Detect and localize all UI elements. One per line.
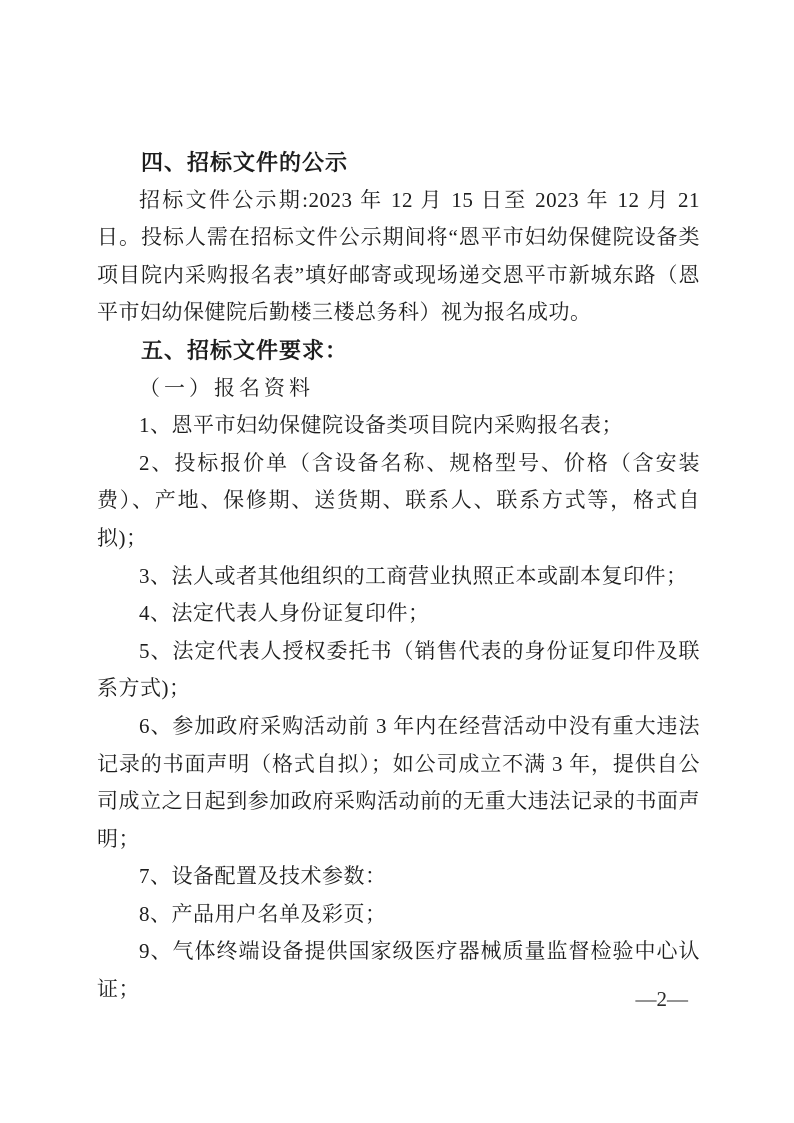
document-page: 四、招标文件的公示 招标文件公示期:2023 年 12 月 15 日至 2023…: [0, 0, 794, 1123]
list-item-4: 4、法定代表人身份证复印件；: [97, 595, 700, 633]
section-heading-bid-requirements: 五、招标文件要求：: [97, 332, 700, 370]
list-item-8: 8、产品用户名单及彩页；: [97, 896, 700, 934]
list-item-6: 6、参加政府采购活动前 3 年内在经营活动中没有重大违法记录的书面声明（格式自拟…: [97, 708, 700, 858]
list-item-9: 9、气体终端设备提供国家级医疗器械质量监督检验中心认证；: [97, 933, 700, 1008]
list-item-7: 7、设备配置及技术参数：: [97, 858, 700, 896]
list-item-1: 1、恩平市妇幼保健院设备类项目院内采购报名表；: [97, 407, 700, 445]
paragraph-publicity-period: 招标文件公示期:2023 年 12 月 15 日至 2023 年 12 月 21…: [97, 182, 700, 332]
page-number: —2—: [636, 987, 689, 1011]
subsection-heading-registration-materials: （一）报名资料: [97, 370, 700, 408]
section-heading-bid-publicity: 四、招标文件的公示: [97, 144, 700, 182]
list-item-5: 5、法定代表人授权委托书（销售代表的身份证复印件及联系方式)；: [97, 633, 700, 708]
list-item-3: 3、法人或者其他组织的工商营业执照正本或副本复印件；: [97, 558, 700, 596]
list-item-2: 2、投标报价单（含设备名称、规格型号、价格（含安装费）、产地、保修期、送货期、联…: [97, 445, 700, 558]
